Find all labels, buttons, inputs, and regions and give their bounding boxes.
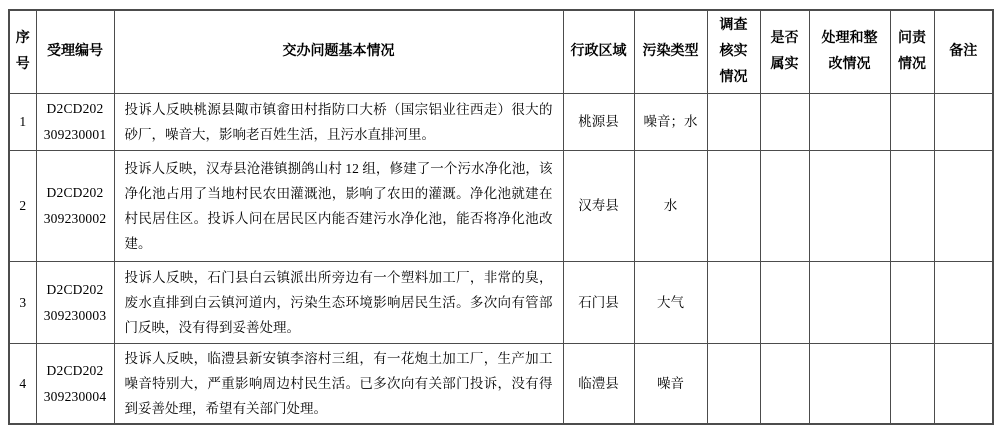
column-header-is-true: 是否 属实 bbox=[760, 10, 809, 94]
cell-accountability bbox=[890, 262, 934, 344]
cell-seq: 4 bbox=[9, 344, 36, 425]
cell-remark bbox=[934, 344, 993, 425]
cell-problem-description: 投诉人反映，汉寿县沧港镇捌鸽山村 12 组，修建了一个污水净化池，该净化池占用了… bbox=[114, 151, 563, 262]
table-row: 3 D2CD202 309230003 投诉人反映，石门县白云镇派出所旁边有一个… bbox=[9, 262, 993, 344]
cell-is-true bbox=[760, 344, 809, 425]
cell-pollution-type: 噪音；水 bbox=[634, 94, 707, 151]
cell-region: 汉寿县 bbox=[563, 151, 634, 262]
cell-seq: 1 bbox=[9, 94, 36, 151]
header-row: 序 号 受理编号 交办问题基本情况 行政区域 污染类型 调查 核实 情况 是否 … bbox=[9, 10, 993, 94]
cell-problem-description: 投诉人反映桃源县陬市镇畲田村指防口大桥（国宗铝业往西走）很大的砂厂，噪音大，影响… bbox=[114, 94, 563, 151]
cell-remark bbox=[934, 94, 993, 151]
cell-handling bbox=[809, 94, 890, 151]
cell-acceptance-number: D2CD202 309230002 bbox=[36, 151, 114, 262]
cell-problem-description: 投诉人反映，临澧县新安镇李溶村三组，有一花炮土加工厂，生产加工噪音特别大，严重影… bbox=[114, 344, 563, 425]
cell-region: 桃源县 bbox=[563, 94, 634, 151]
cell-investigation bbox=[707, 262, 760, 344]
cell-acceptance-number: D2CD202 309230004 bbox=[36, 344, 114, 425]
cell-pollution-type: 噪音 bbox=[634, 344, 707, 425]
cell-investigation bbox=[707, 151, 760, 262]
cell-region: 石门县 bbox=[563, 262, 634, 344]
cell-is-true bbox=[760, 94, 809, 151]
table-row: 4 D2CD202 309230004 投诉人反映，临澧县新安镇李溶村三组，有一… bbox=[9, 344, 993, 425]
table-row: 2 D2CD202 309230002 投诉人反映，汉寿县沧港镇捌鸽山村 12 … bbox=[9, 151, 993, 262]
cell-remark bbox=[934, 151, 993, 262]
cell-seq: 2 bbox=[9, 151, 36, 262]
cell-investigation bbox=[707, 94, 760, 151]
column-header-handling: 处理和整 改情况 bbox=[809, 10, 890, 94]
document-page: 序 号 受理编号 交办问题基本情况 行政区域 污染类型 调查 核实 情况 是否 … bbox=[0, 0, 1000, 434]
cell-acceptance-number: D2CD202 309230001 bbox=[36, 94, 114, 151]
cell-accountability bbox=[890, 94, 934, 151]
column-header-acceptance-number: 受理编号 bbox=[36, 10, 114, 94]
column-header-seq: 序 号 bbox=[9, 10, 36, 94]
cell-handling bbox=[809, 151, 890, 262]
cell-region: 临澧县 bbox=[563, 344, 634, 425]
cell-acceptance-number: D2CD202 309230003 bbox=[36, 262, 114, 344]
cell-pollution-type: 大气 bbox=[634, 262, 707, 344]
cell-is-true bbox=[760, 262, 809, 344]
complaints-table: 序 号 受理编号 交办问题基本情况 行政区域 污染类型 调查 核实 情况 是否 … bbox=[8, 9, 994, 425]
cell-handling bbox=[809, 262, 890, 344]
column-header-pollution-type: 污染类型 bbox=[634, 10, 707, 94]
cell-handling bbox=[809, 344, 890, 425]
column-header-investigation: 调查 核实 情况 bbox=[707, 10, 760, 94]
cell-is-true bbox=[760, 151, 809, 262]
cell-accountability bbox=[890, 344, 934, 425]
cell-remark bbox=[934, 262, 993, 344]
column-header-accountability: 问责 情况 bbox=[890, 10, 934, 94]
cell-pollution-type: 水 bbox=[634, 151, 707, 262]
column-header-remark: 备注 bbox=[934, 10, 993, 94]
column-header-region: 行政区域 bbox=[563, 10, 634, 94]
cell-investigation bbox=[707, 344, 760, 425]
cell-problem-description: 投诉人反映，石门县白云镇派出所旁边有一个塑料加工厂，非常的臭，废水直排到白云镇河… bbox=[114, 262, 563, 344]
cell-accountability bbox=[890, 151, 934, 262]
cell-seq: 3 bbox=[9, 262, 36, 344]
column-header-problem: 交办问题基本情况 bbox=[114, 10, 563, 94]
table-row: 1 D2CD202 309230001 投诉人反映桃源县陬市镇畲田村指防口大桥（… bbox=[9, 94, 993, 151]
